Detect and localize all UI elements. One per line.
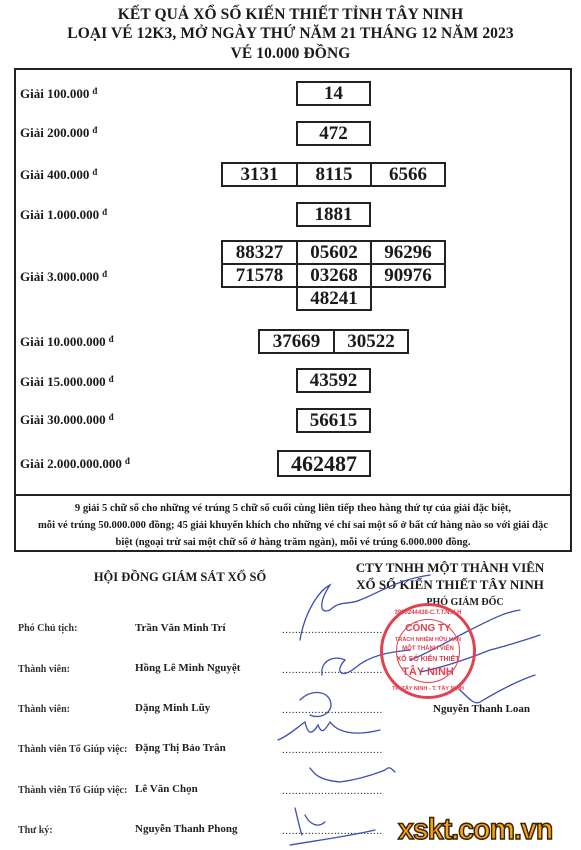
signer-name: Nguyễn Thanh Loan xyxy=(433,703,543,715)
official-stamp: 3900244438-C.T.T.N.H.H CÔNG TY TRÁCH NHI… xyxy=(380,603,476,699)
handwritten-signatures xyxy=(0,0,581,850)
watermark-logo: xskt.com.vn xyxy=(398,813,552,847)
